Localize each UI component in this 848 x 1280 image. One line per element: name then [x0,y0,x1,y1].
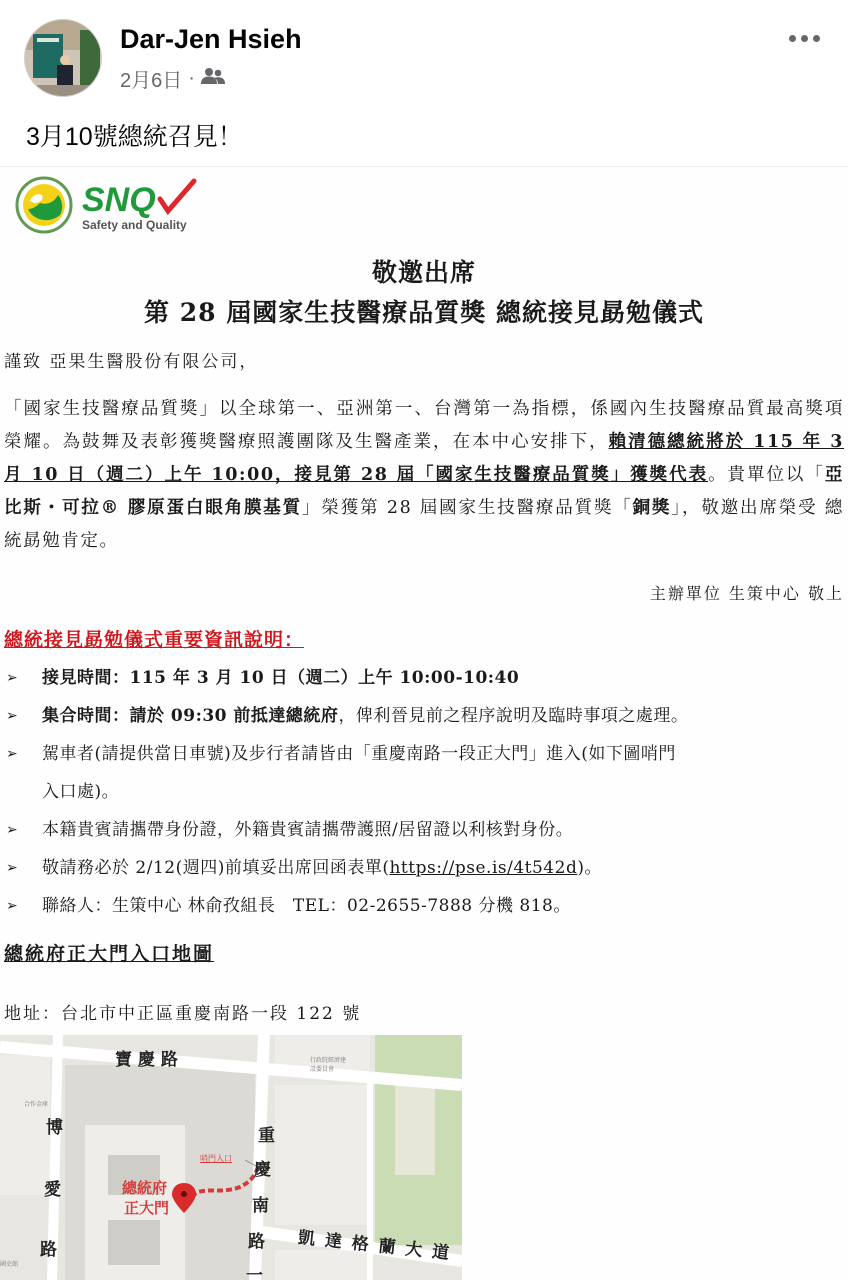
address: 地址：台北市中正區重慶南路一段 122 號 [4,999,361,1024]
award-level: 銅獎 [633,498,672,518]
road-label-east-3: 南 [252,1191,269,1216]
map-pin-icon [172,1183,196,1213]
arrow-bullet-icon: ➢ [6,697,18,735]
more-options-button[interactable] [786,28,822,48]
road-label-north: 寶 慶 路 [115,1045,178,1070]
info-heading: 總統接見勗勉儀式重要資訊說明： [4,625,304,652]
arrow-bullet-icon: ➢ [6,659,18,697]
arrow-bullet-icon: ➢ [6,887,18,925]
signature: 主辦單位 生策中心 敬上 [650,581,844,604]
snq-logo: SNQ Safety and Quality [14,173,204,237]
svg-text:SNQ: SNQ [82,181,156,219]
bullet-text: ，俾利晉見前之程序說明及臨時事項之處理。 [338,706,688,726]
avatar[interactable] [24,19,102,97]
post-meta: 2月6日 · [120,64,225,93]
entrance-map: 寶 慶 路 博 愛 路 重 慶 南 路 一 凱 達 格 蘭 大 道 總統府 正大… [0,1035,462,1280]
dot [813,35,820,42]
post-header: Dar-Jen Hsieh 2月6日 · 3月10號總統召見！ [0,0,848,110]
salutation: 謹致 亞果生醫股份有限公司， [4,347,258,372]
info-list: ➢ 接見時間：115 年 3 月 10 日（週二）上午 10:00-10:40 … [4,659,844,925]
bullet-text: 聯絡人：生策中心 林俞孜組長 TEL：02-2655-7888 分機 818。 [42,896,571,916]
landmark-label-1: 總統府 [122,1177,167,1198]
bullet-text: 本籍貴賓請攜帶身份證，外籍貴賓請攜帶護照/居留證以利核對身份。 [42,820,573,840]
bullet-text-continued: 入口處)。 [42,773,844,811]
road-label-west-3: 路 [40,1235,57,1260]
invitation-paragraph: 「國家生技醫療品質獎」以全球第一、亞洲第一、台灣第一為指標，係國內生技醫療品質最… [4,393,844,558]
map-poi-label: 行政院經濟建設委員會 [310,1055,350,1073]
bullet-text: 115 年 3 月 10 日（週二）上午 10:00-10:40 [130,668,520,688]
bullet-text: )。 [577,858,602,878]
svg-text:Safety and Quality: Safety and Quality [82,218,187,232]
rsvp-form-link[interactable]: https://pse.is/4t542d [389,858,577,878]
author-name[interactable]: Dar-Jen Hsieh [120,24,302,55]
paragraph-text: 。貴單位以「 [708,465,825,485]
bullet-label: 接見時間： [42,668,130,688]
dot [801,35,808,42]
paragraph-text: 」榮獲第 28 屆國家生技醫療品質獎「 [302,498,633,518]
list-item: ➢ 本籍貴賓請攜帶身份證，外籍貴賓請攜帶護照/居留證以利核對身份。 [4,811,844,849]
map-poi-label: 國史館 [0,1259,18,1268]
road-label-east-2: 慶 [254,1155,271,1180]
landmark-label-2: 正大門 [124,1197,169,1218]
bullet-text: 敬請務必於 2/12(週四)前填妥出席回函表單( [42,858,389,878]
map-heading: 總統府正大門入口地圖 [4,939,214,966]
list-item: ➢ 駕車者(請提供當日車號)及步行者請皆由「重慶南路一段正大門」進入(如下圖哨門… [4,735,844,811]
bullet-text: 駕車者(請提供當日車號)及步行者請皆由「重慶南路一段正大門」進入(如下圖哨門 [42,744,676,764]
more-horizontal-icon [789,35,796,42]
road-label-east-4: 路 [248,1227,265,1252]
entrance-label: 哨門入口 [200,1153,232,1164]
avatar-photo [25,20,102,97]
friends-icon[interactable] [201,67,225,91]
list-item: ➢ 聯絡人：生策中心 林俞孜組長 TEL：02-2655-7888 分機 818… [4,887,844,925]
road-label-east-1: 重 [258,1121,275,1146]
document-title: 敬邀出席 [0,253,848,289]
post-text: 3月10號總統召見！ [26,117,243,153]
arrow-bullet-icon: ➢ [6,849,18,887]
road-label-west-2: 愛 [44,1175,61,1200]
road-label-west-1: 博 [46,1113,63,1138]
list-item: ➢ 接見時間：115 年 3 月 10 日（週二）上午 10:00-10:40 [4,659,844,697]
arrow-bullet-icon: ➢ [6,811,18,849]
arrow-bullet-icon: ➢ [6,735,18,773]
road-label-east-5: 一 [246,1261,263,1280]
map-poi-label: 合作金庫 [24,1099,48,1108]
post-date[interactable]: 2月6日 [120,64,182,93]
document-subtitle: 第 28 屆國家生技醫療品質獎 總統接見勗勉儀式 [0,293,848,329]
invitation-document-image[interactable]: SNQ Safety and Quality 敬邀出席 第 28 屆國家生技醫療… [0,166,848,1280]
list-item: ➢ 集合時間：請於 09:30 前抵達總統府，俾利晉見前之程序說明及臨時事項之處… [4,697,844,735]
meta-separator: · [188,67,195,90]
list-item: ➢ 敬請務必於 2/12(週四)前填妥出席回函表單(https://pse.is… [4,849,844,887]
bullet-label: 集合時間：請於 09:30 前抵達總統府 [42,706,338,726]
